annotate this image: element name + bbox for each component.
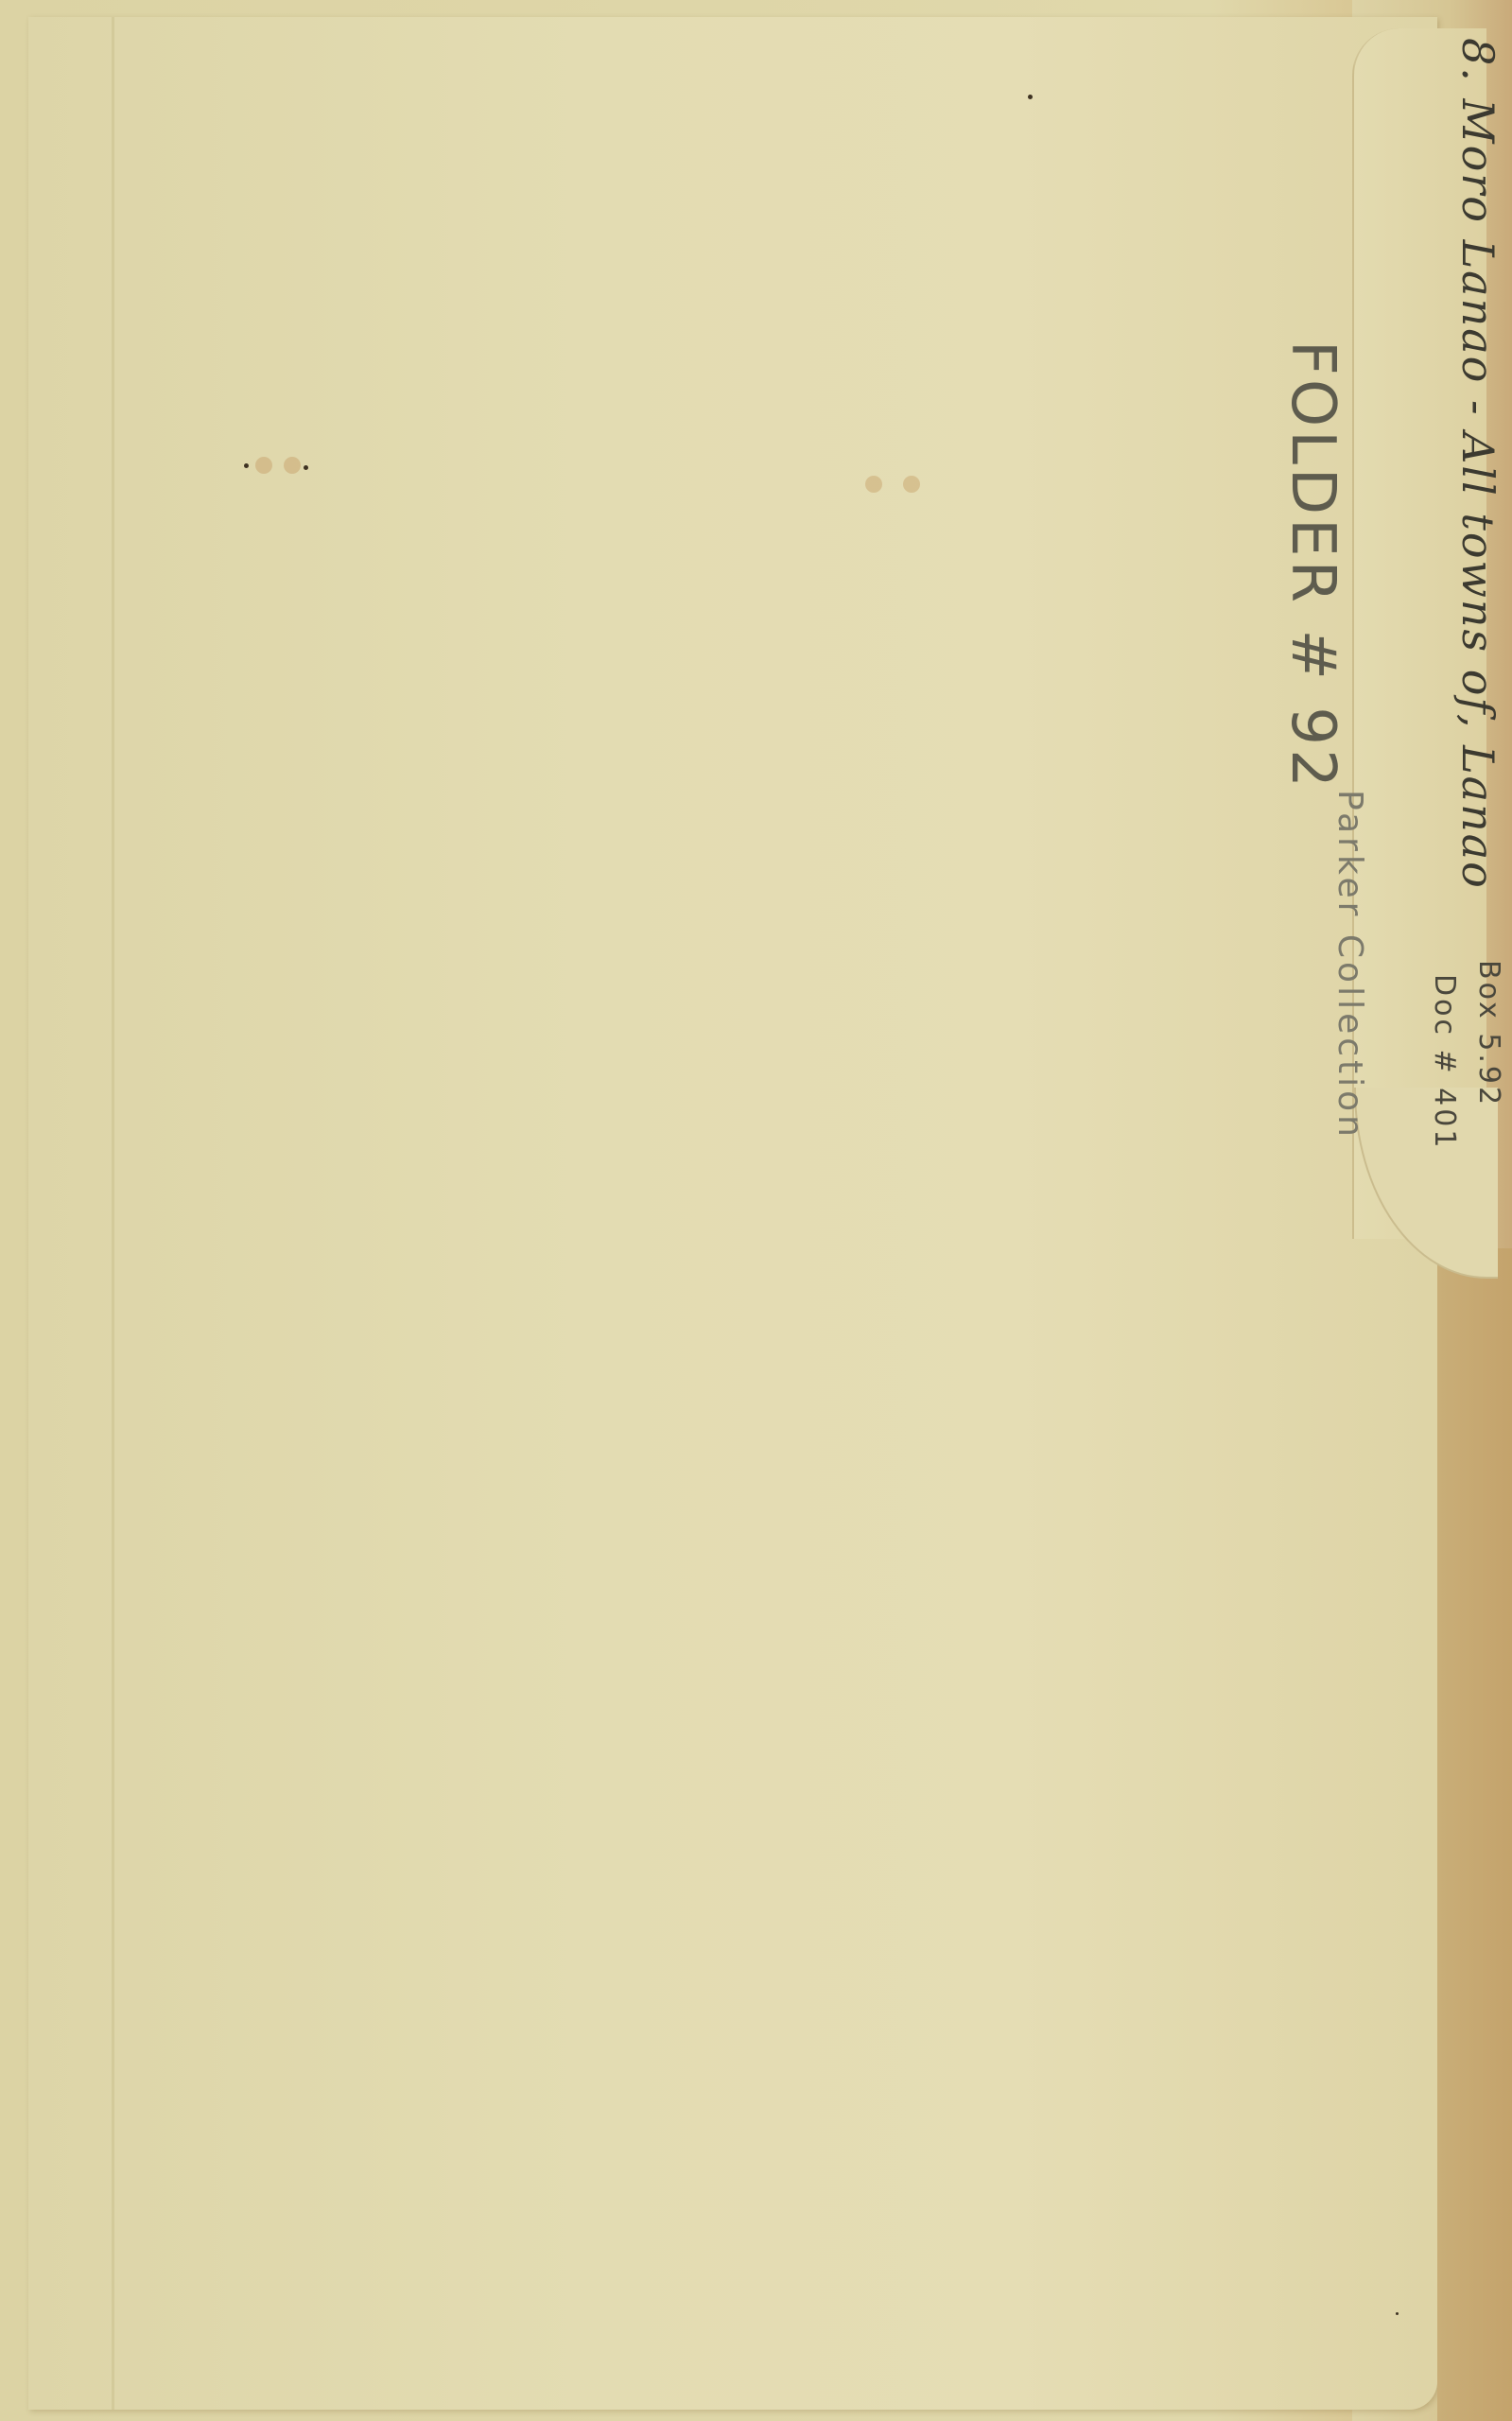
- paper-spot: [304, 465, 308, 470]
- folder-front-cover: [28, 17, 1437, 2410]
- folder-number-label: FOLDER # 92: [1277, 340, 1347, 792]
- paper-stain: [865, 476, 882, 493]
- paper-spot: [1396, 2312, 1399, 2315]
- box-number-label: Box 5.92: [1472, 960, 1505, 1107]
- doc-number-label: Doc # 401: [1428, 974, 1461, 1150]
- folder-aged-edge: [1437, 1248, 1512, 2421]
- paper-stain: [284, 457, 301, 474]
- tab-label: 8. Moro Lanao - All towns of, Lanao: [1452, 38, 1503, 890]
- paper-stain: [255, 457, 272, 474]
- paper-stain: [903, 476, 920, 493]
- folder-crease-line: [112, 17, 114, 2410]
- paper-spot: [244, 463, 249, 468]
- paper-spot: [1028, 95, 1033, 99]
- collection-label: Parker Collection: [1330, 790, 1369, 1141]
